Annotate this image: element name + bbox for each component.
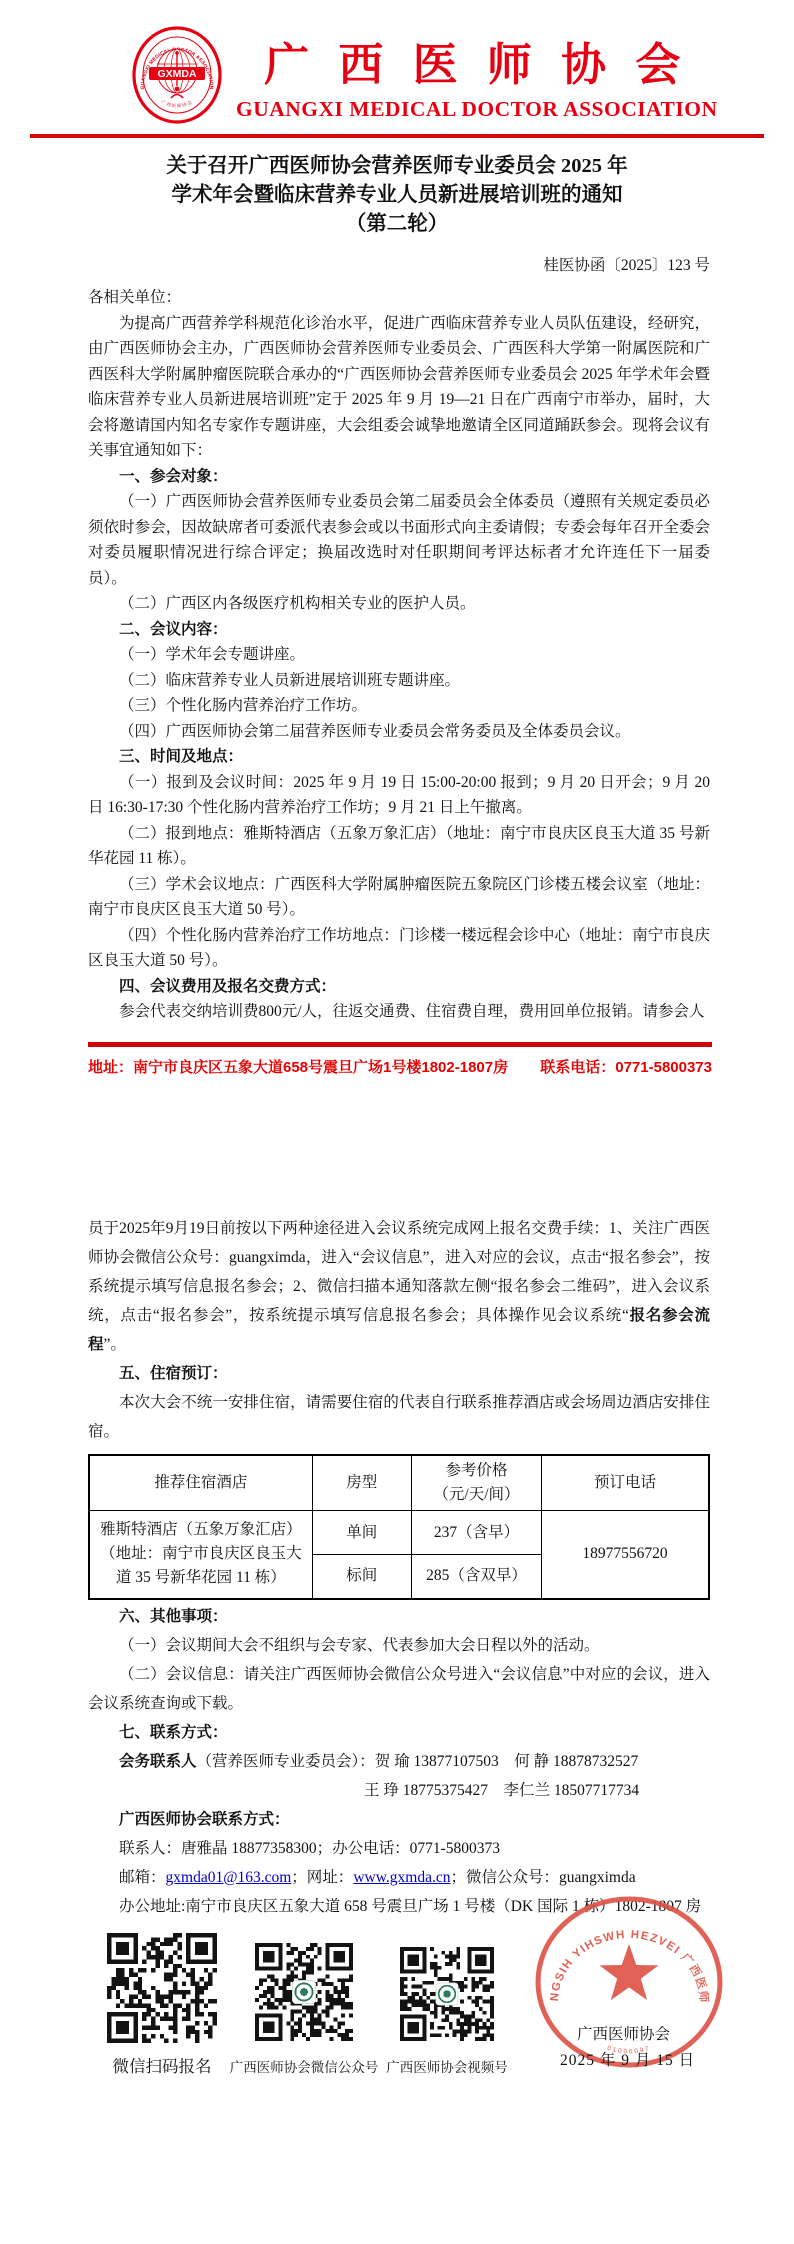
letterhead: GUANGXI MEDICAL DOCTOR ASSOCIATION GXMDA…	[0, 0, 794, 124]
page-2: 员于2025年9月19日前按以下两种途径进入会议系统完成网上报名交费手续：1、关…	[0, 1210, 794, 2244]
registration-qr-code	[107, 1933, 217, 2043]
price-2: 285（含双早）	[411, 1555, 541, 1599]
section-4-heading: 四、会议费用及报名交费方式：	[88, 974, 710, 1000]
price-1: 237（含早）	[411, 1511, 541, 1555]
org-name-cn: 广 西 医 师 协 会	[236, 28, 718, 93]
section-2-item-4: （四）广西医师协会第二届营养医师专业委员会常务委员及全体委员会议。	[88, 719, 710, 745]
footer-rule	[88, 1042, 712, 1047]
booking-phone: 18977556720	[542, 1511, 709, 1599]
org-name-block: 广 西 医 师 协 会 GUANGXI MEDICAL DOCTOR ASSOC…	[236, 28, 718, 122]
site-label: ；网址：	[291, 1869, 353, 1886]
registration-paragraph: 员于2025年9月19日前按以下两种途径进入会议系统完成网上报名交费手续：1、关…	[88, 1214, 710, 1359]
signature-organization: 广西医师协会	[577, 2022, 670, 2044]
section-3-item-4: （四）个性化肠内营养治疗工作坊地点：门诊楼一楼远程会诊中心（地址：南宁市良庆区良…	[88, 923, 710, 974]
association-links-line: 邮箱：gxmda01@163.com；网址：www.gxmda.cn；微信公众号…	[88, 1863, 710, 1892]
title-line-2: 学术年会暨临床营养专业人员新进展培训班的通知	[0, 181, 794, 210]
page-1: GUANGXI MEDICAL DOCTOR ASSOCIATION GXMDA…	[0, 0, 794, 1210]
section-2-item-3: （三）个性化肠内营养治疗工作坊。	[88, 693, 710, 719]
signature-date: 2025 年 9 月 15 日	[560, 2048, 695, 2070]
contacts-label: 会务联系人	[119, 1753, 197, 1770]
hotel-table-header-row: 推荐住宿酒店 房型 参考价格（元/天/间） 预订电话	[89, 1455, 709, 1511]
footer-phone: 联系电话：0771-5800373	[540, 1056, 712, 1077]
section-4-paragraph: 参会代表交纳培训费800元/人，往返交通费、住宿费自理，费用回单位报销。请参会人	[88, 999, 710, 1025]
org-name-en: GUANGXI MEDICAL DOCTOR ASSOCIATION	[236, 97, 718, 122]
section-2-item-2: （二）临床营养专业人员新进展培训班专题讲座。	[88, 668, 710, 694]
registration-text: 员于2025年9月19日前按以下两种途径进入会议系统完成网上报名交费手续：1、关…	[88, 1220, 710, 1324]
hotel-row-1: 雅斯特酒店（五象万象汇店）（地址：南宁市良庆区良玉大道 35 号新华花园 11 …	[89, 1511, 709, 1555]
document-title: 关于召开广西医师协会营养医师专业委员会 2025 年 学术年会暨临床营养专业人员…	[0, 152, 794, 239]
section-6-heading: 六、其他事项：	[88, 1602, 710, 1631]
section-2-heading: 二、会议内容：	[88, 617, 710, 643]
section-1-heading: 一、参会对象：	[88, 464, 710, 490]
association-contact-heading: 广西医师协会联系方式：	[88, 1805, 710, 1834]
qr-label-registration: 微信扫码报名	[113, 2053, 212, 2077]
page-1-body: 各相关单位： 为提高广西营养学科规范化诊治水平，促进广西临床营养专业人员队伍建设…	[88, 285, 710, 1025]
price-header-line1: 参考价格	[417, 1459, 536, 1483]
section-6-item-2: （二）会议信息：请关注广西医师协会微信公众号进入“会议信息”中对应的会议，进入会…	[88, 1660, 710, 1718]
qr-label-video: 广西医师协会视频号	[386, 2056, 508, 2076]
title-line-3: （第二轮）	[0, 210, 794, 239]
email-label: 邮箱：	[119, 1869, 166, 1886]
section-1-item-1: （一）广西医师协会营养医师专业委员会第二届委员会全体委员（遵照有关规定委员必须依…	[88, 489, 710, 591]
page-2-body: 员于2025年9月19日前按以下两种途径进入会议系统完成网上报名交费手续：1、关…	[88, 1210, 710, 1921]
col-header-price: 参考价格（元/天/间）	[411, 1455, 541, 1511]
room-type-2: 标间	[312, 1555, 411, 1599]
conference-contacts-line-2: 王 琤 18775375427 李仁兰 18507717734	[364, 1776, 710, 1805]
registration-end: ”。	[104, 1336, 126, 1353]
qr-label-wechat: 广西医师协会微信公众号	[230, 2056, 379, 2076]
col-header-room-type: 房型	[312, 1455, 411, 1511]
section-3-item-1: （一）报到及会议时间：2025 年 9 月 19 日 15:00-20:00 报…	[88, 770, 710, 821]
page-1-footer: 地址：南宁市良庆区五象大道658号震旦广场1号楼1802-1807房 联系电话：…	[88, 1042, 712, 1077]
conference-contacts-line-1: 会务联系人（营养医师专业委员会）：贺 瑜 13877107503 何 静 188…	[88, 1747, 710, 1776]
section-3-item-2: （二）报到地点：雅斯特酒店（五象万象汇店）（地址：南宁市良庆区良玉大道 35 号…	[88, 821, 710, 872]
video-channel-qr-code	[400, 1947, 494, 2041]
section-5-paragraph: 本次大会不统一安排住宿，请需要住宿的代表自行联系推荐酒店或会场周边酒店安排住宿。	[88, 1388, 710, 1446]
room-type-1: 单间	[312, 1511, 411, 1555]
wechat-account: ；微信公众号：guangximda	[450, 1869, 635, 1886]
section-1-item-2: （二）广西区内各级医疗机构相关专业的医护人员。	[88, 591, 710, 617]
email-link[interactable]: gxmda01@163.com	[166, 1869, 292, 1886]
section-2-item-1: （一）学术年会专题讲座。	[88, 642, 710, 668]
notice-document: GUANGXI MEDICAL DOCTOR ASSOCIATION GXMDA…	[0, 0, 794, 2244]
title-line-1: 关于召开广西医师协会营养医师专业委员会 2025 年	[0, 152, 794, 181]
contacts-names-1: （营养医师专业委员会）：贺 瑜 13877107503 何 静 18878732…	[197, 1753, 639, 1770]
section-6-item-1: （一）会议期间大会不组织与会专家、代表参加大会日程以外的活动。	[88, 1631, 710, 1660]
wechat-official-account-qr-code	[255, 1943, 353, 2041]
intro-paragraph: 为提高广西营养学科规范化诊治水平，促进广西临床营养专业人员队伍建设，经研究，由广…	[88, 311, 710, 464]
website-link[interactable]: www.gxmda.cn	[353, 1869, 450, 1886]
footer-address: 地址：南宁市良庆区五象大道658号震旦广场1号楼1802-1807房	[88, 1056, 508, 1077]
section-3-heading: 三、时间及地点：	[88, 744, 710, 770]
association-contact-person: 联系人：唐雅晶 18877358300；办公电话：0771-5800373	[88, 1834, 710, 1863]
col-header-phone: 预订电话	[542, 1455, 709, 1511]
seal-star-icon	[600, 1944, 659, 2000]
association-logo-icon: GUANGXI MEDICAL DOCTOR ASSOCIATION GXMDA…	[132, 26, 222, 124]
price-header-line2: （元/天/间）	[417, 1483, 536, 1507]
logo-abbr: GXMDA	[157, 68, 197, 80]
col-header-hotel: 推荐住宿酒店	[89, 1455, 312, 1511]
section-7-heading: 七、联系方式：	[88, 1718, 710, 1747]
hotel-name-cell: 雅斯特酒店（五象万象汇店）（地址：南宁市良庆区良玉大道 35 号新华花园 11 …	[89, 1511, 312, 1599]
header-rule	[30, 134, 764, 138]
document-number: 桂医协函〔2025〕123 号	[0, 253, 710, 275]
hotel-table: 推荐住宿酒店 房型 参考价格（元/天/间） 预订电话 雅斯特酒店（五象万象汇店）…	[88, 1454, 710, 1600]
section-5-heading: 五、住宿预订：	[88, 1359, 710, 1388]
salutation: 各相关单位：	[88, 285, 710, 311]
section-3-item-3: （三）学术会议地点：广西医科大学附属肿瘤医院五象院区门诊楼五楼会议室（地址：南宁…	[88, 872, 710, 923]
